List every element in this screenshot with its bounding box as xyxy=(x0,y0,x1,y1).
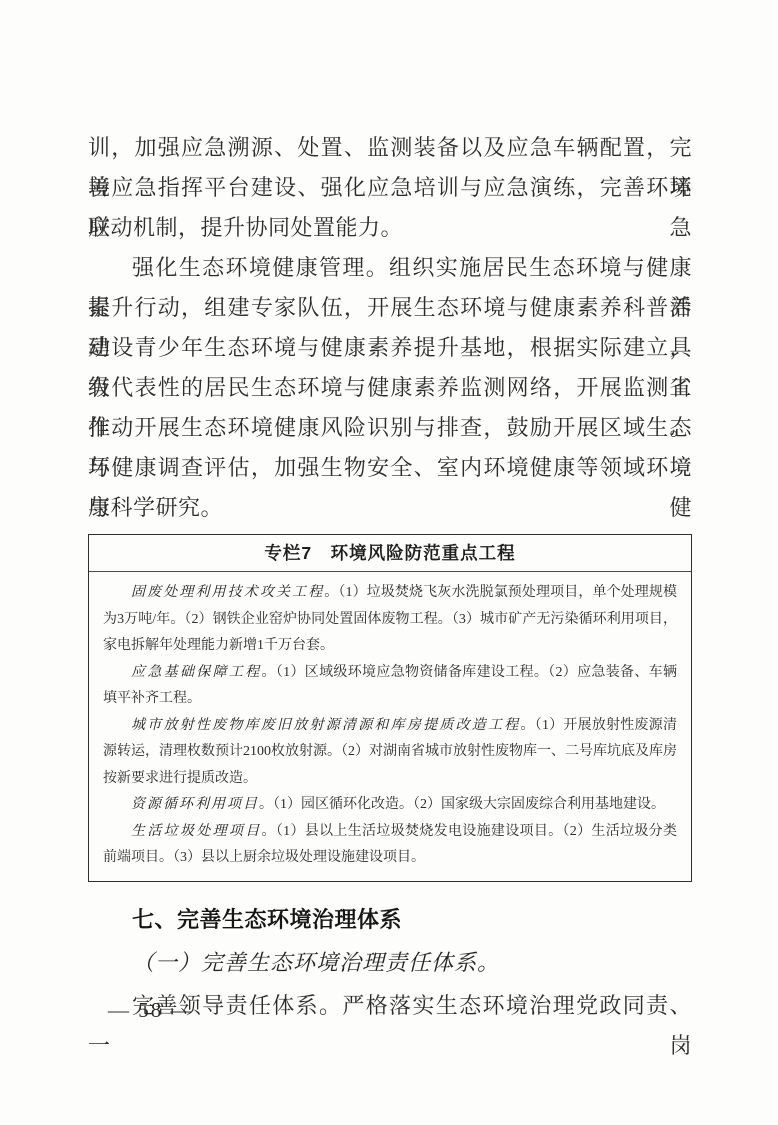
box-item: 资源循环利用项目。（1）园区循环化改造。（2）国家级大宗固废综合利用基地建设。 xyxy=(103,792,677,819)
body-line: 提升行动，组建专家队伍，开展生态环境与健康素养科普活动， xyxy=(88,288,692,328)
document-page: 训，加强应急溯源、处置、监测装备以及应急车辆配置，完善环 境应急指挥平台建设、强… xyxy=(0,0,778,1125)
box-item-lead: 城市放射性废物库废旧放射源清源和库房提质改造工程 xyxy=(131,718,520,733)
column-7-body: 固废处理利用技术攻关工程。（1）垃圾焚烧飞灰水洗脱氯预处理项目，单个处理规模为3… xyxy=(89,572,691,881)
page-content: 训，加强应急溯源、处置、监测装备以及应急车辆配置，完善环 境应急指挥平台建设、强… xyxy=(88,128,692,1026)
body-line: 训，加强应急溯源、处置、监测装备以及应急车辆配置，完善环 xyxy=(88,128,692,168)
box-item: 生活垃圾处理项目。（1）县以上生活垃圾焚烧发电设施建设项目。（2）生活垃圾分类前… xyxy=(103,819,677,872)
column-7-title: 专栏7 环境风险防范重点工程 xyxy=(89,535,691,572)
body-line: 建设青少年生态环境与健康素养提升基地，根据实际建立具有省 xyxy=(88,328,692,368)
page-number: — 58 — xyxy=(108,998,194,1023)
box-item-text: 。（1）园区循环化改造。（2）国家级大宗固废综合利用基地建设。 xyxy=(259,797,665,812)
box-item: 固废处理利用技术攻关工程。（1）垃圾焚烧飞灰水洗脱氯预处理项目，单个处理规模为3… xyxy=(103,580,677,660)
subsection-heading: （一）完善生态环境治理责任体系。 xyxy=(88,946,692,980)
box-item-lead: 应急基础保障工程 xyxy=(131,665,262,680)
section-heading: 七、完善生态环境治理体系 xyxy=(88,904,692,936)
body-line: 级代表性的居民生态环境与健康素养监测网络，开展监测工作。 xyxy=(88,368,692,408)
box-item-lead: 资源循环利用项目 xyxy=(131,797,259,812)
box-item-lead: 固废处理利用技术攻关工程 xyxy=(131,585,324,600)
body-line: 推动开展生态环境健康风险识别与排查，鼓励开展区域生态环境 xyxy=(88,408,692,448)
column-7-box: 专栏7 环境风险防范重点工程 固废处理利用技术攻关工程。（1）垃圾焚烧飞灰水洗脱… xyxy=(88,534,692,882)
box-item: 城市放射性废物库废旧放射源清源和库房提质改造工程。（1）开展放射性废源清源转运，… xyxy=(103,713,677,793)
box-item: 应急基础保障工程。（1）区域级环境应急物资储备库建设工程。（2）应急装备、车辆填… xyxy=(103,660,677,713)
body-line: 强化生态环境健康管理。组织实施居民生态环境与健康素养 xyxy=(88,248,692,288)
body-line: 境应急指挥平台建设、强化应急培训与应急演练，完善环境应急 xyxy=(88,168,692,208)
box-item-lead: 生活垃圾处理项目 xyxy=(131,824,262,839)
body-line: 与健康调查评估，加强生物安全、室内环境健康等领域环境与健 xyxy=(88,448,692,488)
